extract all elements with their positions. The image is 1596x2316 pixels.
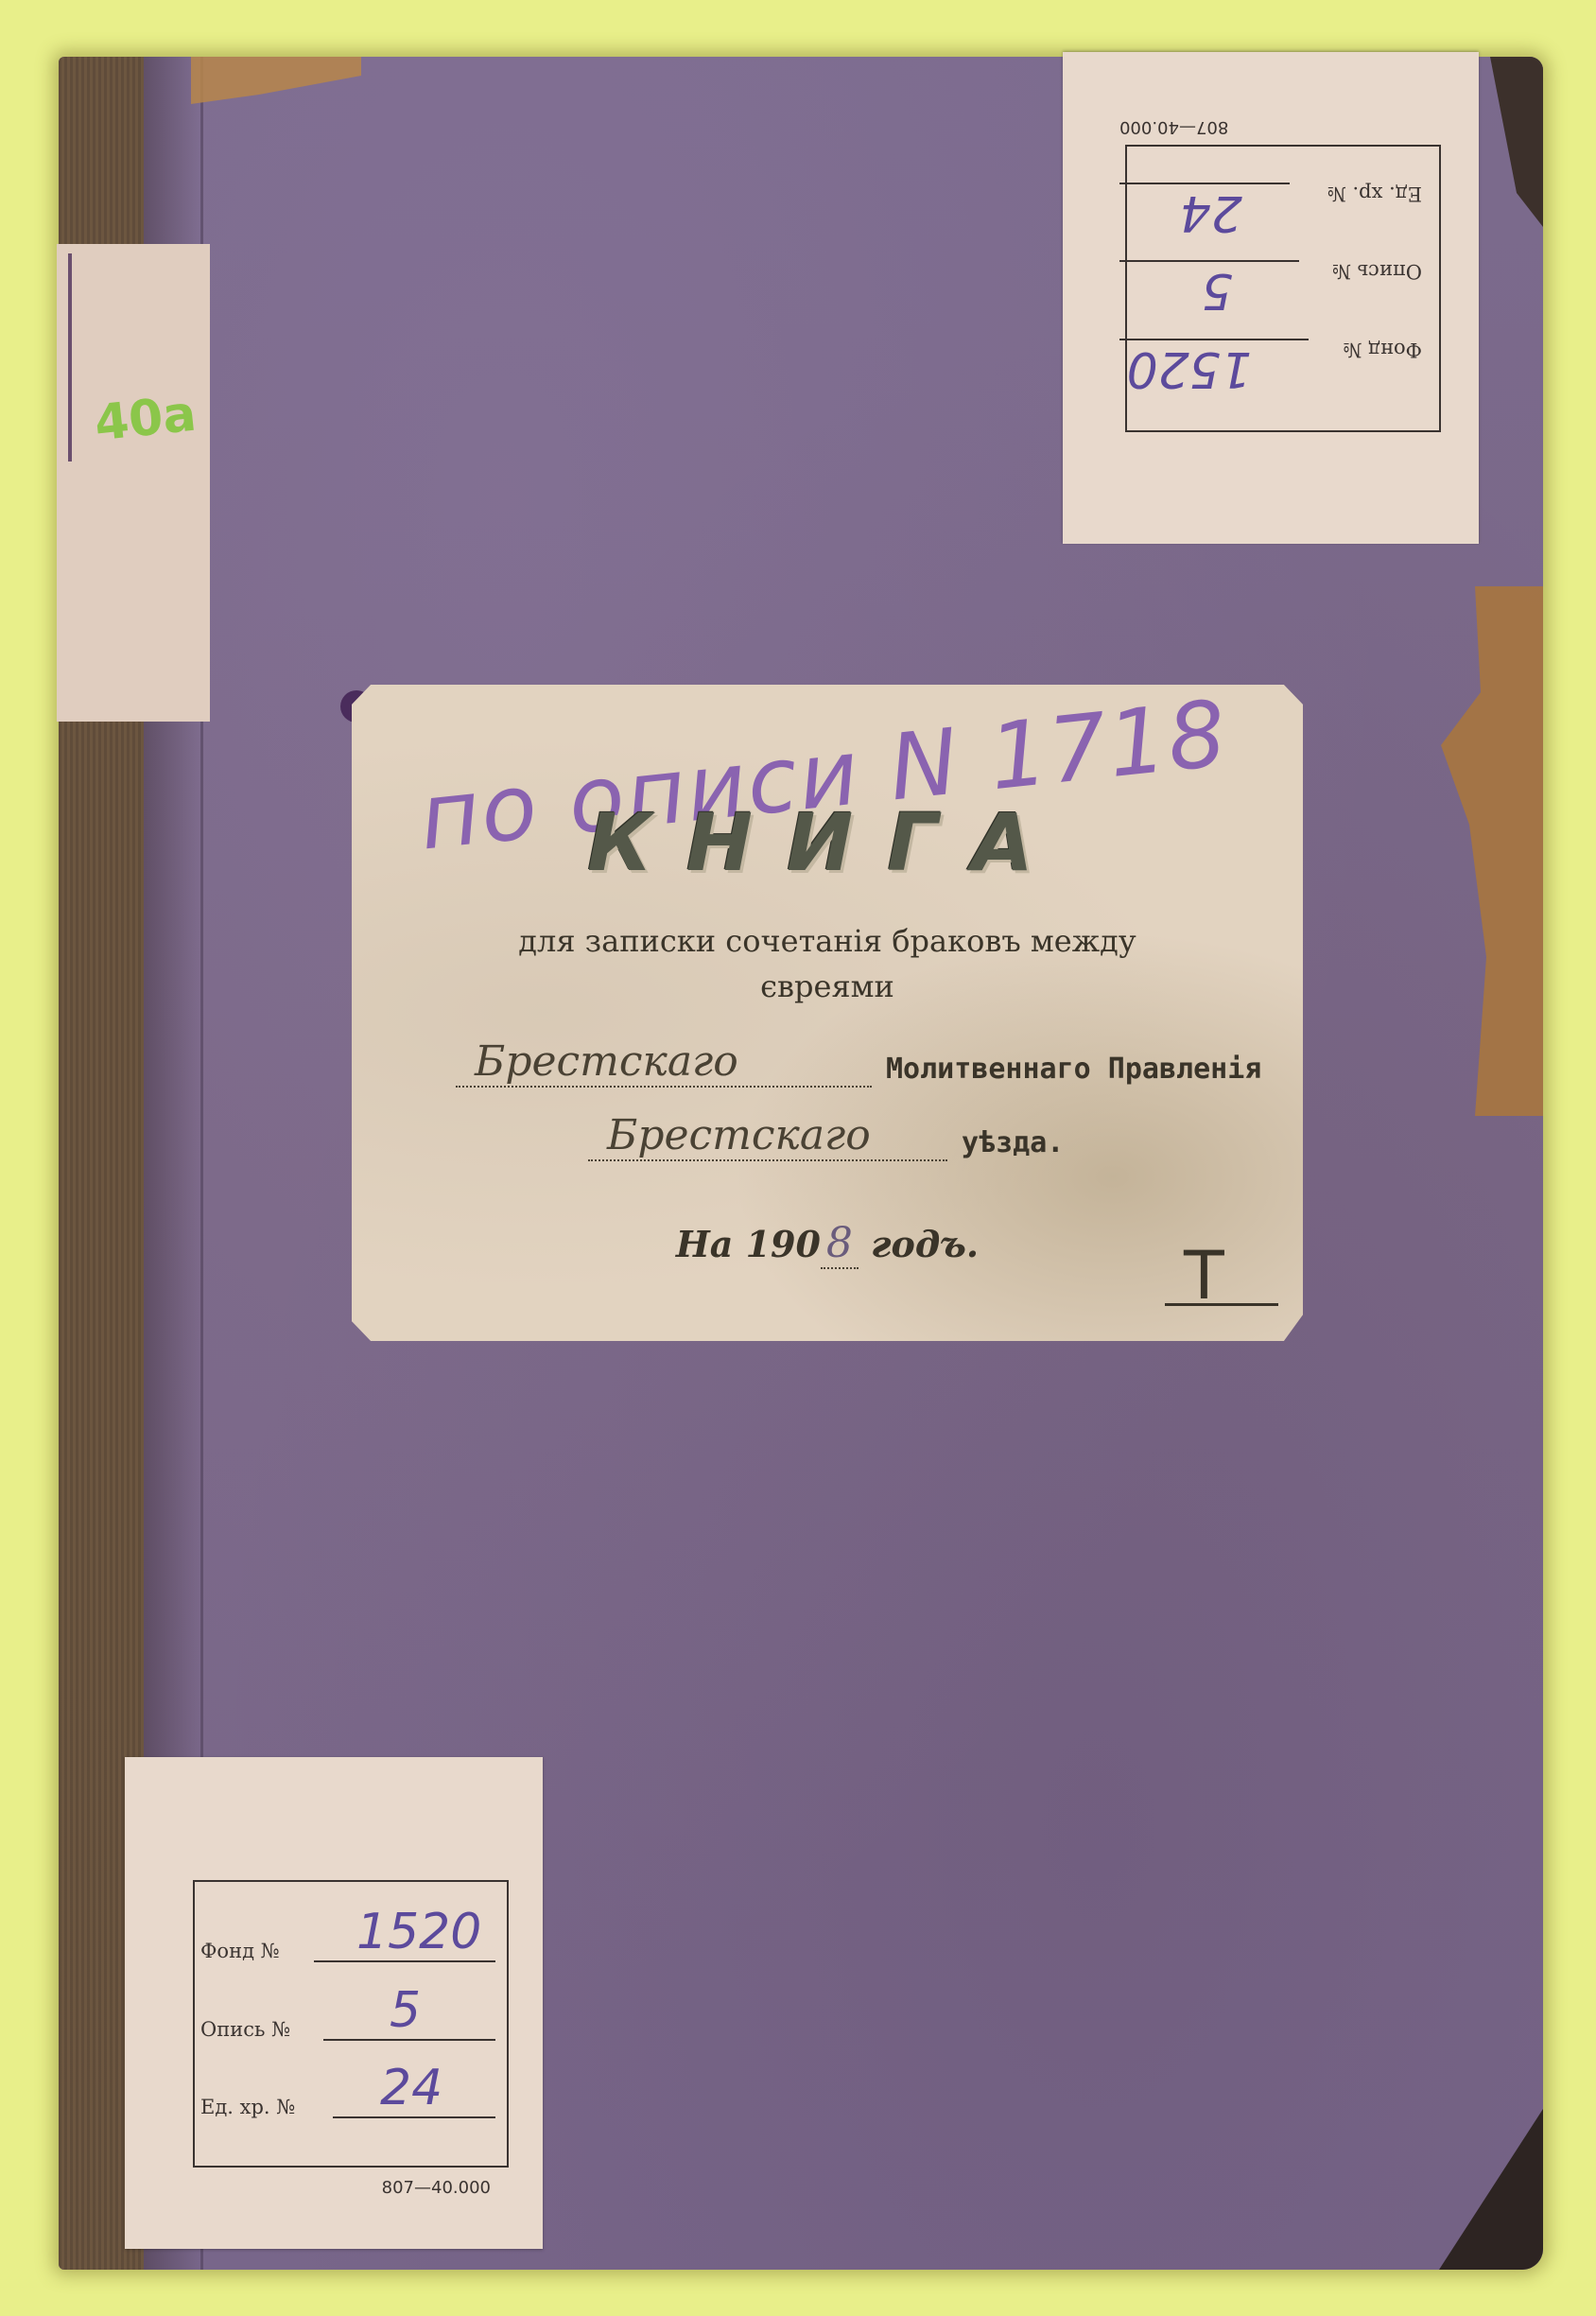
archive-label-bottom: Фонд № 1520 Опись № 5 Ед. хр. № 24 807—4… [125, 1757, 543, 2249]
archive-label-top: Фонд № 1520 Опись № 5 Ед. хр. № 24 807—4… [1063, 52, 1479, 544]
field-value: 24 [1180, 184, 1242, 241]
district-line: Брестскаго уѣзда. [588, 1110, 1155, 1167]
field-fond: Фонд № 1520 [200, 1913, 495, 1970]
institution-line: Брестскаго Молитвеннаго Правленія [456, 1036, 1288, 1093]
field-label: Ед. хр. № [1327, 183, 1422, 205]
field-value: 5 [390, 1982, 421, 2039]
district-handwritten: Брестскаго [607, 1111, 871, 1159]
fill-line [456, 1086, 872, 1088]
field-value: 1520 [1127, 340, 1252, 397]
subtitle-line-2: євреями [352, 968, 1303, 1004]
institution-printed: Молитвеннаго Правленія [886, 1053, 1261, 1086]
field-value: 1520 [356, 1904, 481, 1960]
field-opis: Опись № 5 [200, 1992, 495, 2048]
field-fond: Фонд № 1520 [1119, 331, 1422, 388]
field-opis: Опись № 5 [1119, 252, 1422, 309]
main-title-label: по описи N 1718 КНИГА для записки сочета… [352, 685, 1303, 1341]
field-line [333, 2116, 495, 2118]
book-title: КНИГА [352, 796, 1303, 889]
field-unit: Ед. хр. № 24 [200, 2069, 495, 2126]
subtitle-line-1: для записки сочетанія браковъ между [352, 923, 1303, 959]
print-code: 807—40.000 [1119, 117, 1228, 137]
field-unit: Ед. хр. № 24 [1119, 175, 1422, 232]
year-handwritten-digit: 8 [821, 1219, 859, 1269]
year-suffix: годъ. [871, 1223, 979, 1265]
strip-handwritten-note: 40а [92, 386, 199, 453]
field-value: 24 [380, 2060, 442, 2116]
field-line [323, 2039, 495, 2041]
fill-line [588, 1159, 947, 1161]
print-code: 807—40.000 [382, 2178, 491, 2198]
year-prefix: На 190 [676, 1223, 821, 1265]
field-label: Фонд № [1343, 339, 1422, 361]
field-label: Фонд № [200, 1940, 280, 1962]
field-label: Ед. хр. № [200, 2096, 295, 2118]
field-label: Опись № [200, 2018, 290, 2041]
year-line: На 1908 годъ. [352, 1219, 1303, 1267]
binding-thread [68, 253, 72, 461]
field-label: Опись № [1332, 260, 1422, 283]
field-value: 5 [1202, 262, 1233, 319]
field-line [314, 1960, 495, 1962]
side-paper-strip: 40а [57, 244, 210, 722]
corner-mark-underline [1165, 1303, 1278, 1306]
institution-handwritten: Брестскаго [475, 1037, 738, 1086]
district-printed: уѣзда. [962, 1126, 1064, 1159]
